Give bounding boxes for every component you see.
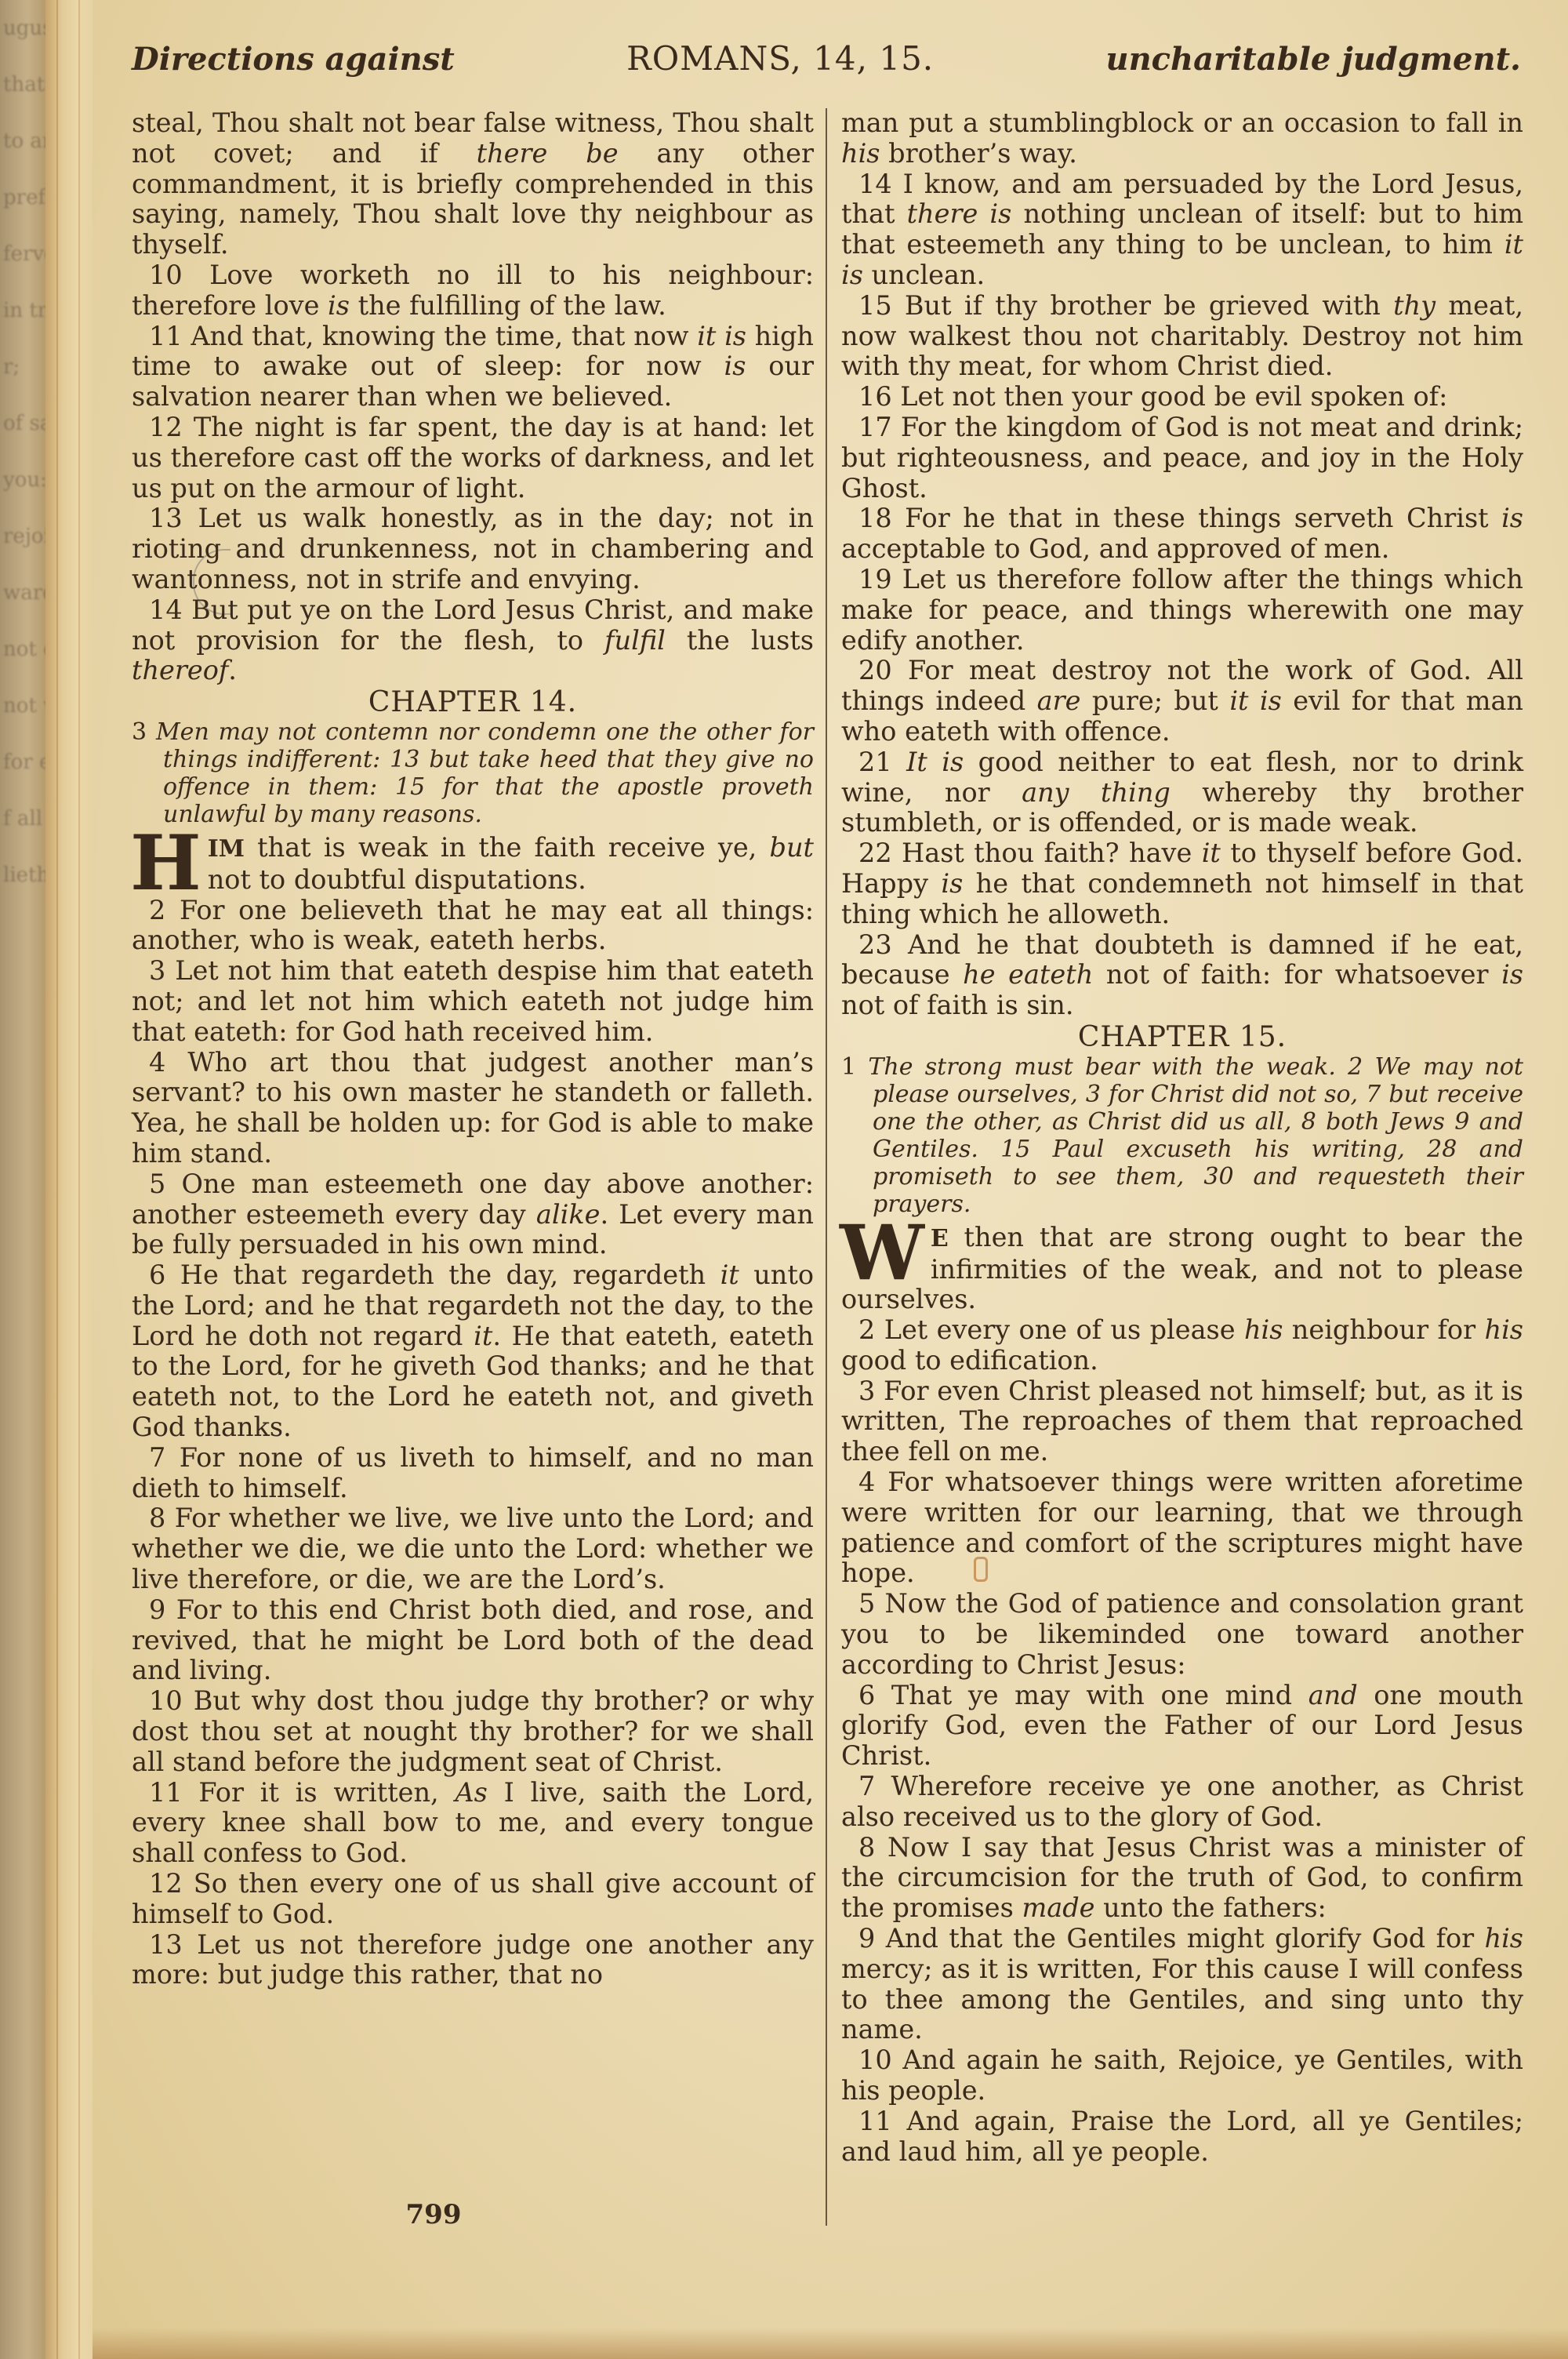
verse: 13 Let us walk honestly, as in the day; …	[132, 503, 814, 594]
facing-page-text: ugust	[3, 16, 42, 41]
verse-number: 4	[149, 1047, 187, 1078]
verse: 2 Let every one of us please his neighbo…	[841, 1315, 1523, 1376]
chapter-14-verses-cont: 14 I know, and am persuaded by the Lord …	[841, 169, 1523, 1021]
verse: 23 And he that doubteth is damned if he …	[841, 930, 1523, 1021]
verse: 10 And again he saith, Rejoice, ye Genti…	[841, 2045, 1523, 2106]
verse-number: 8	[858, 1832, 887, 1863]
continuation-paragraph: steal, Thou shalt not bear false witness…	[132, 108, 814, 260]
chapter-15-verse-1: WE then that are strong ought to bear th…	[841, 1223, 1523, 1315]
bible-page: Directions against ROMANS, 14, 15. uncha…	[93, 0, 1568, 2359]
verse-number: 2	[858, 1314, 884, 1345]
verse: 8 For whether we live, we live unto the …	[132, 1503, 814, 1594]
facing-page-text: rejoice,	[3, 524, 42, 549]
verse-number: 19	[858, 564, 902, 594]
verse: 16 Let not then your good be evil spoken…	[841, 382, 1523, 413]
facing-page-text: you: bl	[3, 467, 42, 493]
verse: 14 But put ye on the Lord Jesus Christ, …	[132, 595, 814, 686]
verse: 20 For meat destroy not the work of God.…	[841, 656, 1523, 747]
facing-page-text: of sain	[3, 411, 42, 436]
verse-number: 14	[858, 169, 903, 199]
verse: 11 And again, Praise the Lord, all ye Ge…	[841, 2106, 1523, 2168]
page-bottom-edge	[93, 2328, 1568, 2359]
facing-page-text: in trib	[3, 298, 42, 323]
verse-number: 16	[858, 381, 900, 412]
verse: 19 Let us therefore follow after the thi…	[841, 565, 1523, 656]
verse-number: 10	[149, 260, 209, 290]
column-divider	[826, 108, 827, 2226]
verse-number: 22	[858, 838, 902, 868]
verse: 5 One man esteemeth one day above anothe…	[132, 1169, 814, 1260]
verse-number: 10	[858, 2045, 902, 2075]
verse: 3 Let not him that eateth despise him th…	[132, 956, 814, 1047]
verse: 18 For he that in these things serveth C…	[841, 503, 1523, 565]
facing-page-text: that	[3, 72, 42, 97]
facing-page-text: not cons	[3, 637, 42, 662]
verse-number: 15	[858, 290, 905, 321]
verse-number: 3	[858, 1376, 884, 1406]
chapter-14-verses: 2 For one believeth that he may eat all …	[132, 896, 814, 1991]
verse: 21 It is good neither to eat flesh, nor …	[841, 747, 1523, 838]
verse-number: 3	[149, 955, 175, 986]
facing-page-text: ward	[3, 580, 42, 605]
left-column: steal, Thou shalt not bear false witness…	[132, 108, 814, 1990]
verse: 3 For even Christ pleased not himself; b…	[841, 1376, 1523, 1467]
running-head-left: Directions against	[132, 41, 455, 78]
continuation-paragraph: man put a stumblingblock or an occasion …	[841, 108, 1523, 169]
verse-number: 21	[858, 747, 906, 777]
verse-number: 9	[858, 1923, 886, 1954]
verse-number: 20	[858, 655, 908, 685]
running-head-right: uncharitable judgment.	[1106, 41, 1521, 78]
verse: 7 Wherefore receive ye one another, as C…	[841, 1772, 1523, 1833]
verse-number: 8	[149, 1503, 175, 1533]
verse: 9 For to this end Christ both died, and …	[132, 1595, 814, 1686]
verse: 6 That ye may with one mind and one mout…	[841, 1681, 1523, 1772]
verse-number: 13	[149, 1929, 197, 1960]
verse-number: 12	[149, 1868, 194, 1899]
verse: 13 Let us not therefore judge one anothe…	[132, 1930, 814, 1991]
verse-number: 6	[149, 1259, 180, 1290]
chapter-15-title: CHAPTER 15.	[841, 1023, 1523, 1053]
verse-number: 5	[149, 1169, 182, 1199]
verse-number: 23	[858, 929, 908, 960]
verse: 9 And that the Gentiles might glorify Go…	[841, 1924, 1523, 2045]
verse: 6 He that regardeth the day, regardeth i…	[132, 1260, 814, 1443]
verse: 5 Now the God of patience and consolatio…	[841, 1589, 1523, 1680]
verse: 8 Now I say that Jesus Christ was a mini…	[841, 1833, 1523, 1924]
verse: 12 So then every one of us shall give ac…	[132, 1869, 814, 1930]
chapter-15-summary: 1 The strong must bear with the weak. 2 …	[841, 1053, 1523, 1218]
verse-number: 11	[149, 321, 191, 351]
chapter-14-verse-1: HIM that is weak in the faith receive ye…	[132, 833, 814, 896]
verse-number: 7	[149, 1442, 180, 1473]
drop-cap-letter: H	[130, 833, 201, 894]
verse: 15 But if thy brother be grieved with th…	[841, 291, 1523, 382]
verse: 7 For none of us liveth to himself, and …	[132, 1443, 814, 1504]
verse-number: 12	[149, 412, 194, 442]
facing-page-text: r;	[3, 354, 42, 380]
verse-number: 6	[858, 1680, 891, 1710]
verse: 4 For whatsoever things were written afo…	[841, 1467, 1523, 1589]
facing-page-text: for ev	[3, 750, 42, 775]
verse-number: 11	[858, 2106, 906, 2136]
verse: 10 But why dost thou judge thy brother? …	[132, 1686, 814, 1777]
verse-number: 11	[149, 1777, 198, 1808]
verse-number: 10	[149, 1685, 194, 1716]
chapter-15-verses: 2 Let every one of us please his neighbo…	[841, 1315, 1523, 2167]
chapter-14-title: CHAPTER 14.	[132, 688, 814, 718]
verse: 12 The night is far spent, the day is at…	[132, 413, 814, 503]
right-column: man put a stumblingblock or an occasion …	[841, 108, 1523, 2167]
verse: 17 For the kingdom of God is not meat an…	[841, 413, 1523, 503]
page-number: 799	[93, 2199, 775, 2230]
facing-page-text: lieth	[3, 863, 42, 888]
previous-page-edge: ugustthatto anpreferferventin tribr;of s…	[0, 0, 45, 2359]
verse-number: 4	[858, 1467, 887, 1497]
verse: 14 I know, and am persuaded by the Lord …	[841, 169, 1523, 291]
verse: 11 And that, knowing the time, that now …	[132, 322, 814, 413]
verse: 4 Who art thou that judgest another man’…	[132, 1048, 814, 1169]
verse-number: 7	[858, 1771, 891, 1801]
verse-number: 18	[858, 503, 905, 533]
verse-number: 5	[858, 1588, 884, 1619]
facing-page-text: fervent	[3, 242, 42, 267]
verse: 2 For one believeth that he may eat all …	[132, 896, 814, 957]
paper-stain	[974, 1557, 988, 1582]
chapter-14-summary: 3 Men may not contemn nor condemn one th…	[132, 718, 814, 828]
verse-number: 14	[149, 594, 191, 625]
running-head: Directions against ROMANS, 14, 15. uncha…	[132, 39, 1521, 86]
book-gutter	[45, 0, 93, 2359]
facing-page-text: to an	[3, 129, 42, 154]
chapter-13-verses: 10 Love worketh no ill to his neighbour:…	[132, 260, 814, 686]
verse-number: 9	[149, 1594, 176, 1625]
running-head-book-chapter: ROMANS, 14, 15.	[626, 39, 934, 78]
facing-page-text: prefer	[3, 185, 42, 210]
verse-number: 17	[858, 412, 901, 442]
facing-page-text: not wise	[3, 693, 42, 718]
verse: 22 Hast thou faith? have it to thyself b…	[841, 838, 1523, 929]
verse: 10 Love worketh no ill to his neighbour:…	[132, 260, 814, 322]
drop-cap-letter: W	[840, 1223, 924, 1284]
verse: 11 For it is written, As I live, saith t…	[132, 1778, 814, 1869]
facing-page-text: f all m	[3, 806, 42, 831]
verse-number: 13	[149, 503, 198, 533]
